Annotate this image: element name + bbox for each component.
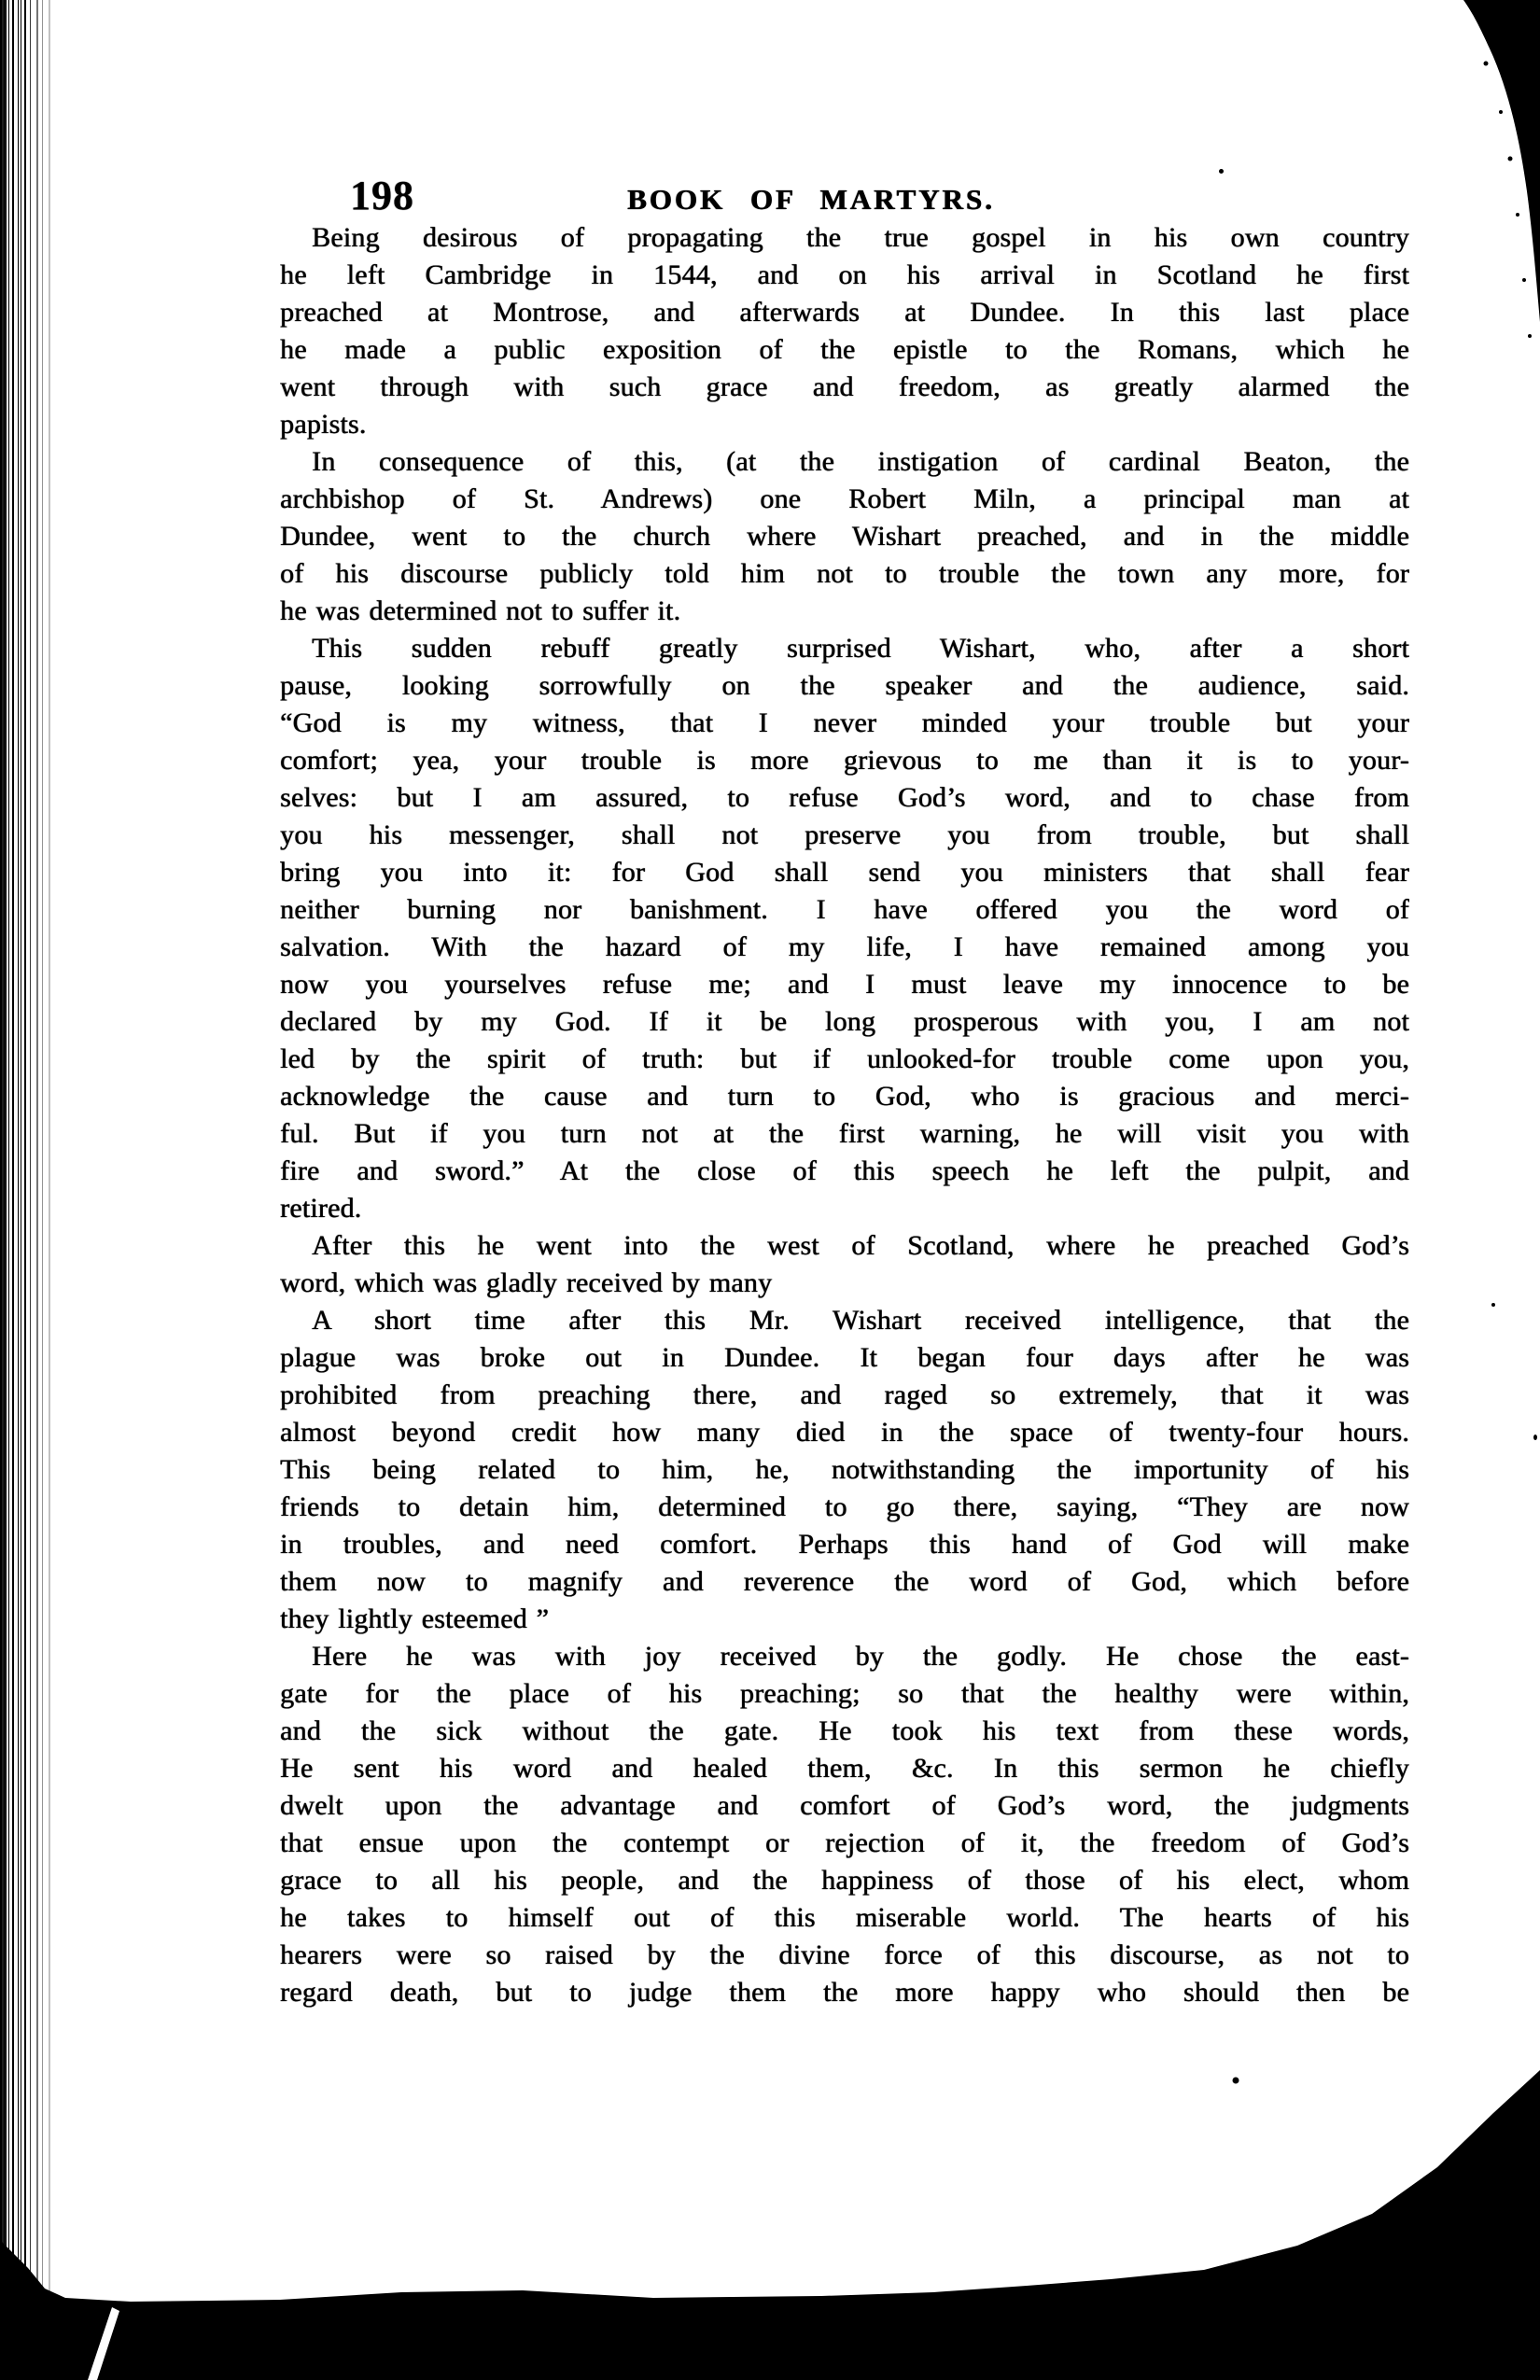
text-line: you his messenger, shall not preserve yo… xyxy=(280,817,1409,854)
text-line: comfort; yea, your trouble is more griev… xyxy=(280,742,1409,779)
text-line: retired. xyxy=(280,1190,1409,1227)
text-line: led by the spirit of truth: but if unloo… xyxy=(280,1041,1409,1078)
scan-left-binding-streaks-artifact xyxy=(0,0,50,2380)
text-line: Here he was with joy received by the god… xyxy=(280,1638,1409,1675)
text-line: prohibited from preaching there, and rag… xyxy=(280,1377,1409,1414)
text-line: After this he went into the west of Scot… xyxy=(280,1227,1409,1265)
text-line: declared by my God. If it be long prospe… xyxy=(280,1003,1409,1041)
text-line: A short time after this Mr. Wishart rece… xyxy=(280,1302,1409,1339)
text-line: This being related to him, he, notwithst… xyxy=(280,1451,1409,1489)
text-line: friends to detain him, determined to go … xyxy=(280,1489,1409,1526)
text-line: he made a public exposition of the epist… xyxy=(280,331,1409,369)
text-line: acknowledge the cause and turn to God, w… xyxy=(280,1078,1409,1115)
text-line: hearers were so raised by the divine for… xyxy=(280,1937,1409,1974)
text-line: they lightly esteemed ” xyxy=(280,1601,1409,1638)
text-line: dwelt upon the advantage and comfort of … xyxy=(280,1787,1409,1825)
scan-bottom-band-artifact xyxy=(0,2053,1540,2380)
text-line: pause, looking sorrowfully on the speake… xyxy=(280,667,1409,705)
text-line: papists. xyxy=(280,406,1409,443)
page-body-text: Being desirous of propagating the true g… xyxy=(280,219,1409,2011)
scanned-book-page: 198 BOOK OF MARTYRS. Being desirous of p… xyxy=(0,0,1540,2380)
text-line: he left Cambridge in 1544, and on his ar… xyxy=(280,257,1409,294)
text-line: regard death, but to judge them the more… xyxy=(280,1974,1409,2011)
ink-speck-artifact xyxy=(1491,1303,1495,1307)
text-line: word, which was gladly received by many xyxy=(280,1265,1409,1302)
text-line: ful. But if you turn not at the first wa… xyxy=(280,1115,1409,1153)
text-line: plague was broke out in Dundee. It began… xyxy=(280,1339,1409,1377)
text-line: that ensue upon the contempt or rejectio… xyxy=(280,1825,1409,1862)
text-line: he was determined not to suffer it. xyxy=(280,593,1409,630)
text-line: Being desirous of propagating the true g… xyxy=(280,219,1409,257)
text-line: bring you into it: for God shall send yo… xyxy=(280,854,1409,891)
text-line: went through with such grace and freedom… xyxy=(280,369,1409,406)
text-line: selves: but I am assured, to refuse God’… xyxy=(280,779,1409,817)
text-line: he takes to himself out of this miserabl… xyxy=(280,1899,1409,1937)
text-line: fire and sword.” At the close of this sp… xyxy=(280,1153,1409,1190)
text-line: almost beyond credit how many died in th… xyxy=(280,1414,1409,1451)
text-line: now you yourselves refuse me; and I must… xyxy=(280,966,1409,1003)
text-line: salvation. With the hazard of my life, I… xyxy=(280,929,1409,966)
page-number: 198 xyxy=(350,172,414,219)
text-line: “God is my witness, that I never minded … xyxy=(280,705,1409,742)
text-line: neither burning nor banishment. I have o… xyxy=(280,891,1409,929)
text-line: In consequence of this, (at the instigat… xyxy=(280,443,1409,481)
ink-speck-artifact xyxy=(1533,1435,1537,1440)
ink-speck-artifact xyxy=(1219,169,1224,174)
text-line: them now to magnify and reverence the wo… xyxy=(280,1563,1409,1601)
text-line: He sent his word and healed them, &c. In… xyxy=(280,1750,1409,1787)
text-line: in troubles, and need comfort. Perhaps t… xyxy=(280,1526,1409,1563)
text-line: gate for the place of his preaching; so … xyxy=(280,1675,1409,1713)
text-line: This sudden rebuff greatly surprised Wis… xyxy=(280,630,1409,667)
text-line: grace to all his people, and the happine… xyxy=(280,1862,1409,1899)
text-line: archbishop of St. Andrews) one Robert Mi… xyxy=(280,481,1409,518)
text-line: preached at Montrose, and afterwards at … xyxy=(280,294,1409,331)
text-line: of his discourse publicly told him not t… xyxy=(280,555,1409,593)
text-line: Dundee, went to the church where Wishart… xyxy=(280,518,1409,555)
running-header-title: BOOK OF MARTYRS. xyxy=(627,183,1019,217)
text-line: and the sick without the gate. He took h… xyxy=(280,1713,1409,1750)
